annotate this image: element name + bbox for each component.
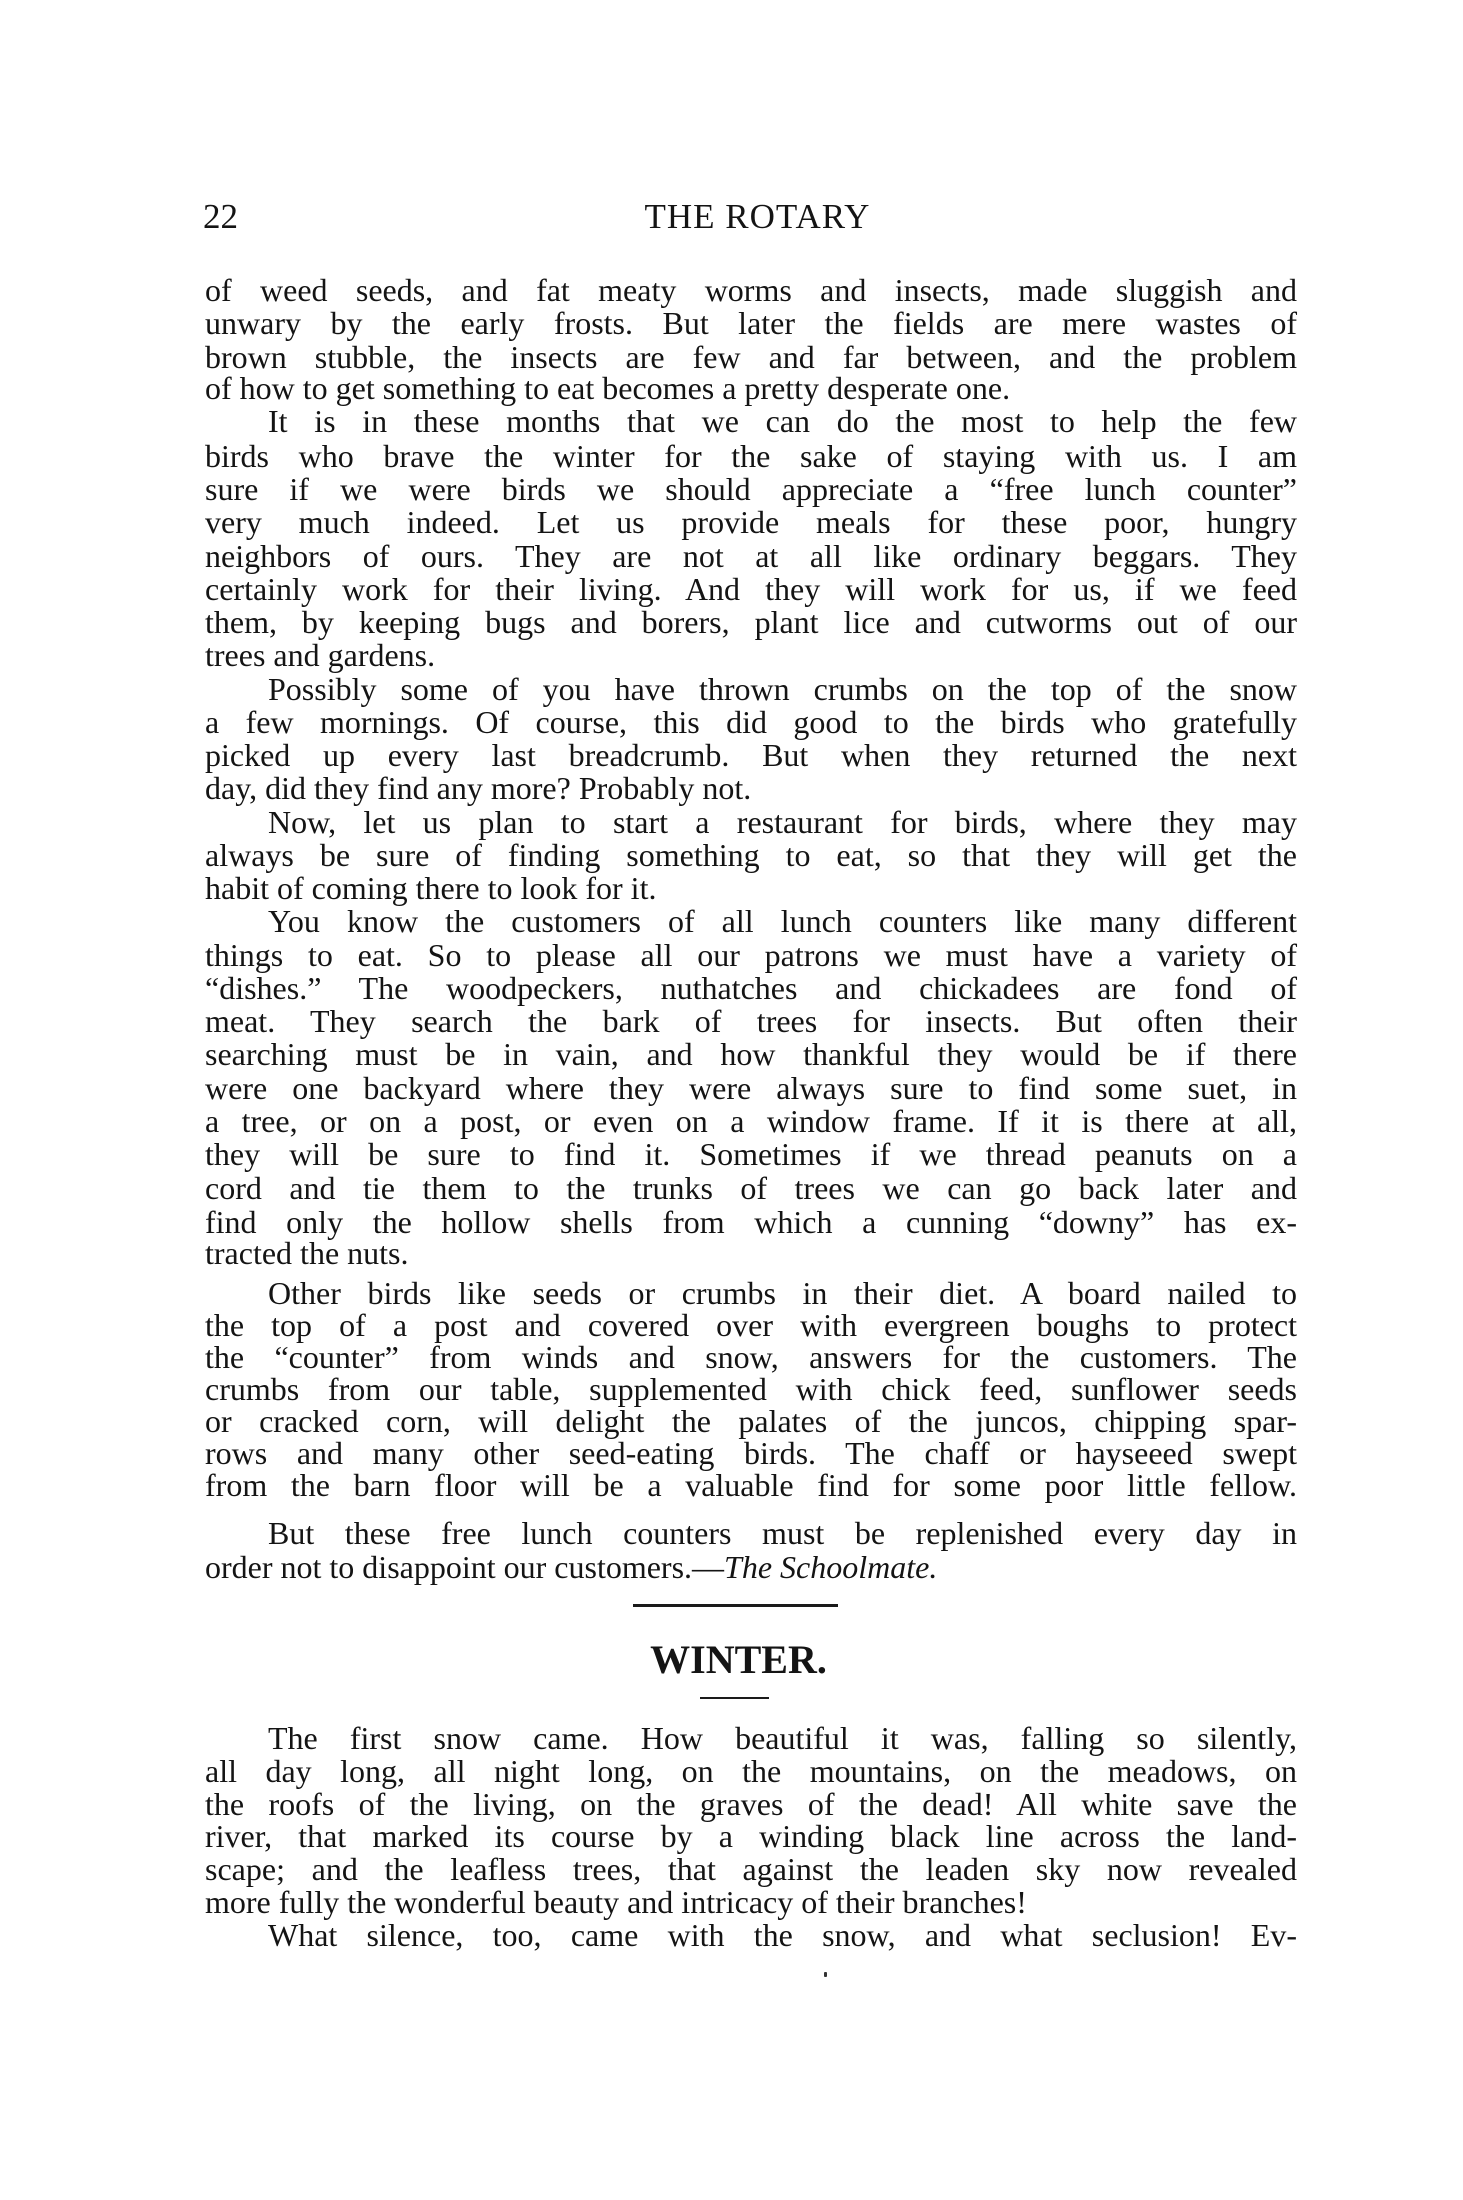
text-line: picked up every last breadcrumb. But whe… xyxy=(205,739,1297,772)
text-line: meat. They search the bark of trees for … xyxy=(205,1005,1297,1038)
text-line: crumbs from our table, supplemented with… xyxy=(205,1373,1297,1406)
text-line: sure if we were birds we should apprecia… xyxy=(205,473,1297,506)
text-line: were one backyard where they were always… xyxy=(205,1072,1297,1105)
running-title: THE ROTARY xyxy=(0,199,1463,235)
paragraph-first-line: The first snow came. How beautiful it wa… xyxy=(205,1722,1297,1755)
text-line: scape; and the leafless trees, that agai… xyxy=(205,1853,1297,1886)
text-line: “dishes.” The woodpeckers, nuthatches an… xyxy=(205,972,1297,1005)
paragraph-first-line: Other birds like seeds or crumbs in thei… xyxy=(205,1277,1297,1310)
text-line: trees and gardens. xyxy=(205,639,1297,672)
paragraph-first-line: It is in these months that we can do the… xyxy=(205,405,1297,438)
book-page: 22 THE ROTARY of weed seeds, and fat mea… xyxy=(0,0,1463,2200)
text-line: certainly work for their living. And the… xyxy=(205,573,1297,606)
text-line: more fully the wonderful beauty and intr… xyxy=(205,1886,1297,1919)
text-line: them, by keeping bugs and borers, plant … xyxy=(205,606,1297,639)
paragraph-first-line: Possibly some of you have thrown crumbs … xyxy=(205,673,1297,706)
text-line: or cracked corn, will delight the palate… xyxy=(205,1405,1297,1438)
text-line: the roofs of the living, on the graves o… xyxy=(205,1788,1297,1821)
text-line: tracted the nuts. xyxy=(205,1237,1297,1270)
text-line: they will be sure to find it. Sometimes … xyxy=(205,1138,1297,1171)
text-line: order not to disappoint our customers.—T… xyxy=(205,1551,1297,1584)
text-span: order not to disappoint our customers.— xyxy=(205,1549,724,1585)
text-line: a tree, or on a post, or even on a windo… xyxy=(205,1105,1297,1138)
text-line: of weed seeds, and fat meaty worms and i… xyxy=(205,274,1297,307)
text-line: rows and many other seed-eating birds. T… xyxy=(205,1437,1297,1470)
text-line: always be sure of finding something to e… xyxy=(205,839,1297,872)
text-line: unwary by the early frosts. But later th… xyxy=(205,307,1297,340)
text-line: day, did they find any more? Probably no… xyxy=(205,772,1297,805)
text-line: river, that marked its course by a windi… xyxy=(205,1820,1297,1853)
text-line: a few mornings. Of course, this did good… xyxy=(205,706,1297,739)
text-line: of how to get something to eat becomes a… xyxy=(205,372,1297,405)
paragraph-first-line: What silence, too, came with the snow, a… xyxy=(205,1919,1297,1952)
text-line: all day long, all night long, on the mou… xyxy=(205,1755,1297,1788)
text-line: the “counter” from winds and snow, answe… xyxy=(205,1341,1297,1374)
article-title: WINTER. xyxy=(0,1638,1463,1682)
section-divider-rule xyxy=(633,1604,838,1607)
paragraph-first-line: But these free lunch counters must be re… xyxy=(205,1517,1297,1550)
text-line: neighbors of ours. They are not at all l… xyxy=(205,540,1297,573)
text-line: from the barn floor will be a valuable f… xyxy=(205,1469,1297,1502)
source-credit: The Schoolmate. xyxy=(724,1549,937,1585)
text-line: searching must be in vain, and how thank… xyxy=(205,1038,1297,1071)
text-line: cord and tie them to the trunks of trees… xyxy=(205,1172,1297,1205)
paragraph-first-line: Now, let us plan to start a restaurant f… xyxy=(205,806,1297,839)
text-line: things to eat. So to please all our patr… xyxy=(205,939,1297,972)
paragraph-first-line: You know the customers of all lunch coun… xyxy=(205,905,1297,938)
text-line: birds who brave the winter for the sake … xyxy=(205,440,1297,473)
print-speck xyxy=(824,1972,827,1977)
text-line: the top of a post and covered over with … xyxy=(205,1309,1297,1342)
text-line: very much indeed. Let us provide meals f… xyxy=(205,506,1297,539)
text-line: habit of coming there to look for it. xyxy=(205,872,1297,905)
title-underline-rule xyxy=(700,1697,769,1699)
